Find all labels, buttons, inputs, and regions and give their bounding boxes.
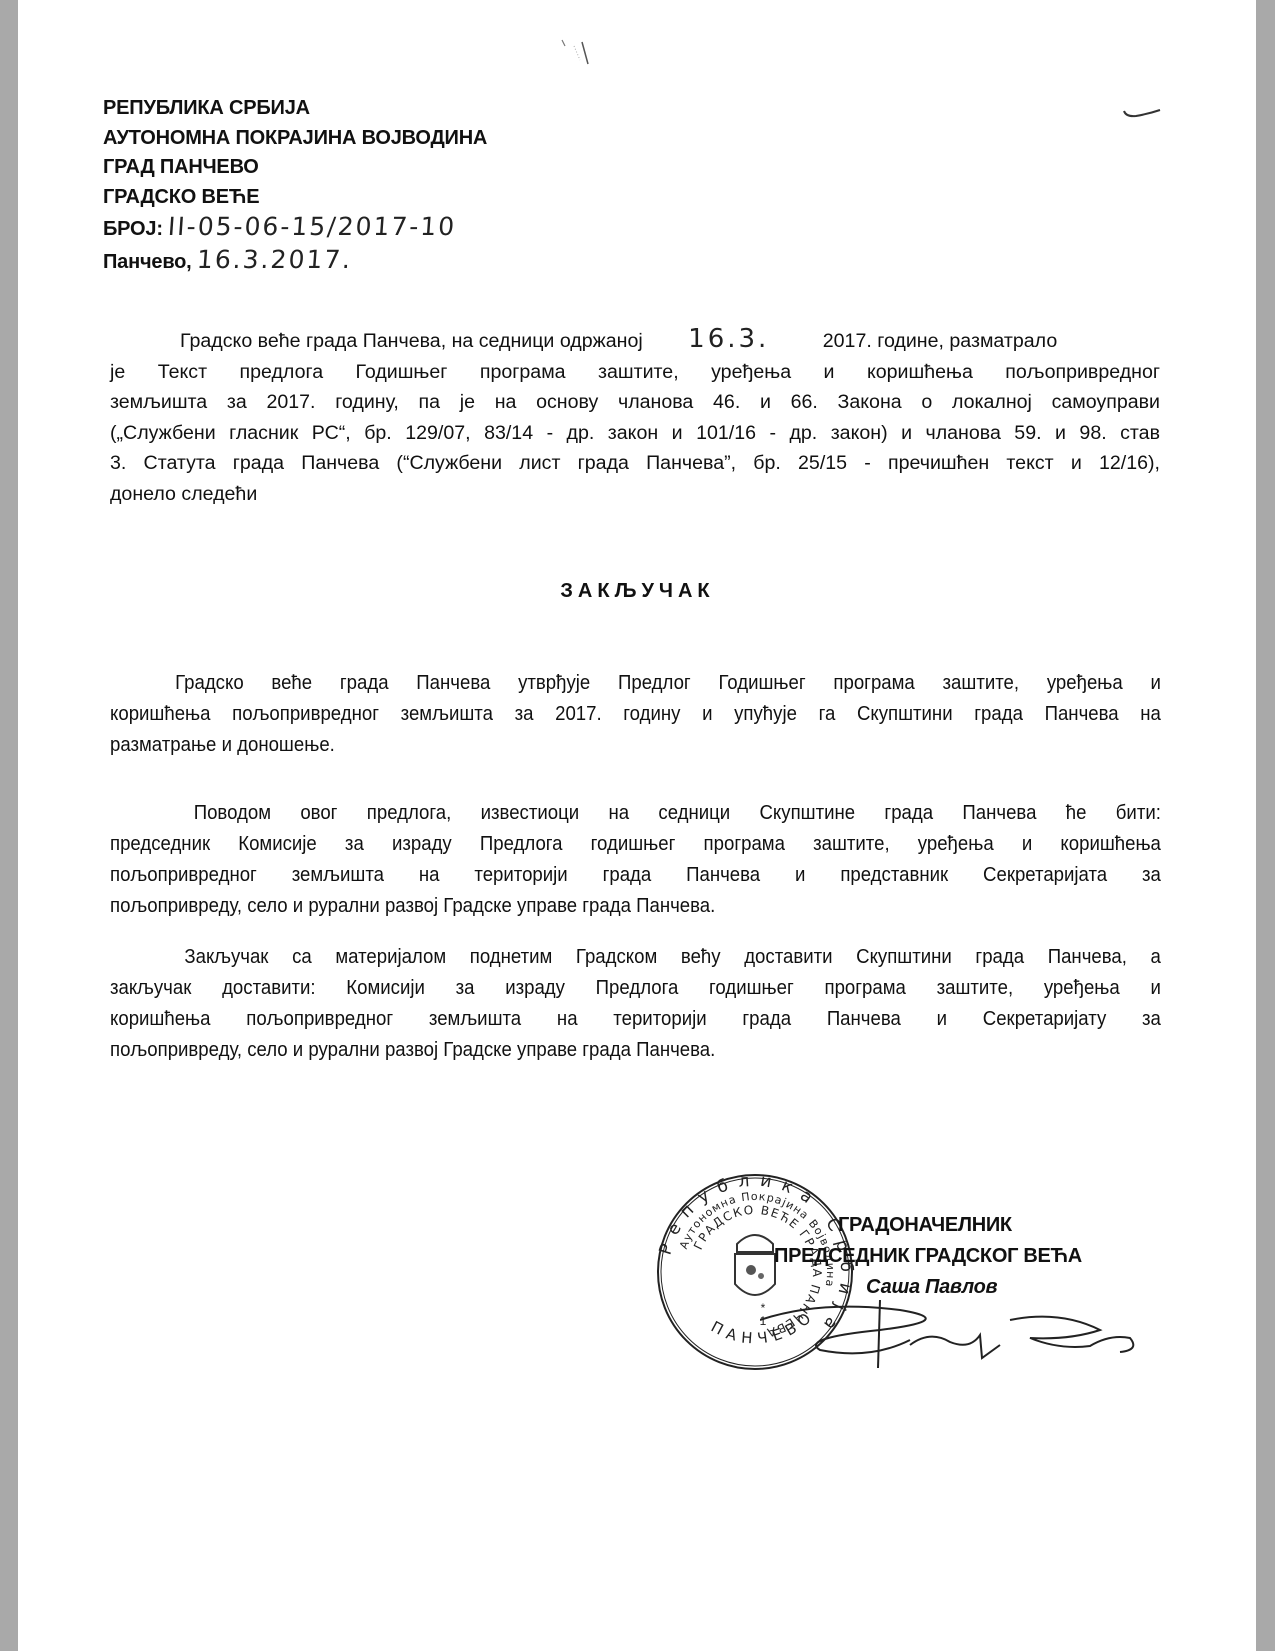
document-number: II-05-06-15/2017-10 bbox=[167, 212, 457, 242]
signatory-title-president: ПРЕДСЕДНИК ГРАДСКОГ ВЕЋА bbox=[774, 1241, 1082, 1272]
paragraph-line: пољопривреду, село и рурални развој Град… bbox=[110, 891, 1161, 922]
intro-line: („Службени гласник РС“, бр. 129/07, 83/1… bbox=[110, 418, 1160, 449]
paragraph-line: коришћења пољопривредног земљишта за 201… bbox=[110, 699, 1161, 730]
paragraph-line: коришћења пољопривредног земљишта на тер… bbox=[110, 1004, 1161, 1035]
header-country: РЕПУБЛИКА СРБИЈА bbox=[103, 94, 487, 124]
session-date-handwritten: 16.3. bbox=[688, 324, 769, 355]
scan-speck-icon bbox=[560, 38, 590, 68]
header-number-row: БРОЈ: II-05-06-15/2017-10 bbox=[103, 212, 487, 245]
paragraph-line: Поводом овог предлога, известиоци на сед… bbox=[110, 798, 1161, 829]
conclusion-paragraph-2: Поводом овог предлога, известиоци на сед… bbox=[110, 798, 1161, 922]
intro-line: земљишта за 2017. годину, па је на основ… bbox=[110, 387, 1160, 418]
intro-text: Градско веће града Панчева, на седници о… bbox=[180, 330, 643, 352]
handwritten-signature-icon bbox=[760, 1290, 1160, 1370]
place-label: Панчево, bbox=[103, 251, 192, 273]
intro-line: 3. Статута града Панчева (“Службени лист… bbox=[110, 448, 1160, 479]
intro-text: 2017. године, разматрало bbox=[823, 330, 1057, 352]
paragraph-line: председник Комисије за израду Предлога г… bbox=[110, 829, 1161, 860]
conclusion-paragraph-3: Закључак са материјалом поднетим Градско… bbox=[110, 942, 1161, 1066]
intro-line: је Текст предлога Годишњег програма зашт… bbox=[110, 357, 1160, 388]
paragraph-line: пољопривреду, село и рурални развој Град… bbox=[110, 1035, 1161, 1066]
header-province: АУТОНОМНА ПОКРАЈИНА ВОЈВОДИНА bbox=[103, 124, 487, 154]
conclusion-paragraph-1: Градско веће града Панчева утврђује Пред… bbox=[110, 668, 1161, 761]
paragraph-line: Закључак са материјалом поднетим Градско… bbox=[110, 942, 1161, 973]
signatory-title-mayor: ГРАДОНАЧЕЛНИК bbox=[774, 1210, 1082, 1241]
intro-line: донело следећи bbox=[110, 479, 1160, 510]
coat-of-arms-icon bbox=[735, 1235, 775, 1295]
header-date-row: Панчево, 16.3.2017. bbox=[103, 245, 487, 278]
intro-paragraph: Градско веће града Панчева, на седници о… bbox=[110, 324, 1160, 509]
document-title: ЗАКЉУЧАК bbox=[0, 580, 1275, 603]
paragraph-line: разматрање и доношење. bbox=[110, 730, 1161, 761]
header-city: ГРАД ПАНЧЕВО bbox=[103, 153, 487, 183]
paragraph-line: Градско веће града Панчева утврђује Пред… bbox=[110, 668, 1161, 699]
paragraph-line: пољопривредног земљишта на територији гр… bbox=[110, 860, 1161, 891]
intro-line: Градско веће града Панчева, на седници о… bbox=[110, 324, 1160, 357]
pen-mark-icon bbox=[1122, 108, 1162, 120]
number-label: БРОЈ: bbox=[103, 218, 163, 240]
document-date: 16.3.2017. bbox=[196, 245, 353, 275]
header-council: ГРАДСКО ВЕЋЕ bbox=[103, 183, 487, 213]
document-header: РЕПУБЛИКА СРБИЈА АУТОНОМНА ПОКРАЈИНА ВОЈ… bbox=[103, 94, 487, 277]
paragraph-line: закључак доставити: Комисији за израду П… bbox=[110, 973, 1161, 1004]
